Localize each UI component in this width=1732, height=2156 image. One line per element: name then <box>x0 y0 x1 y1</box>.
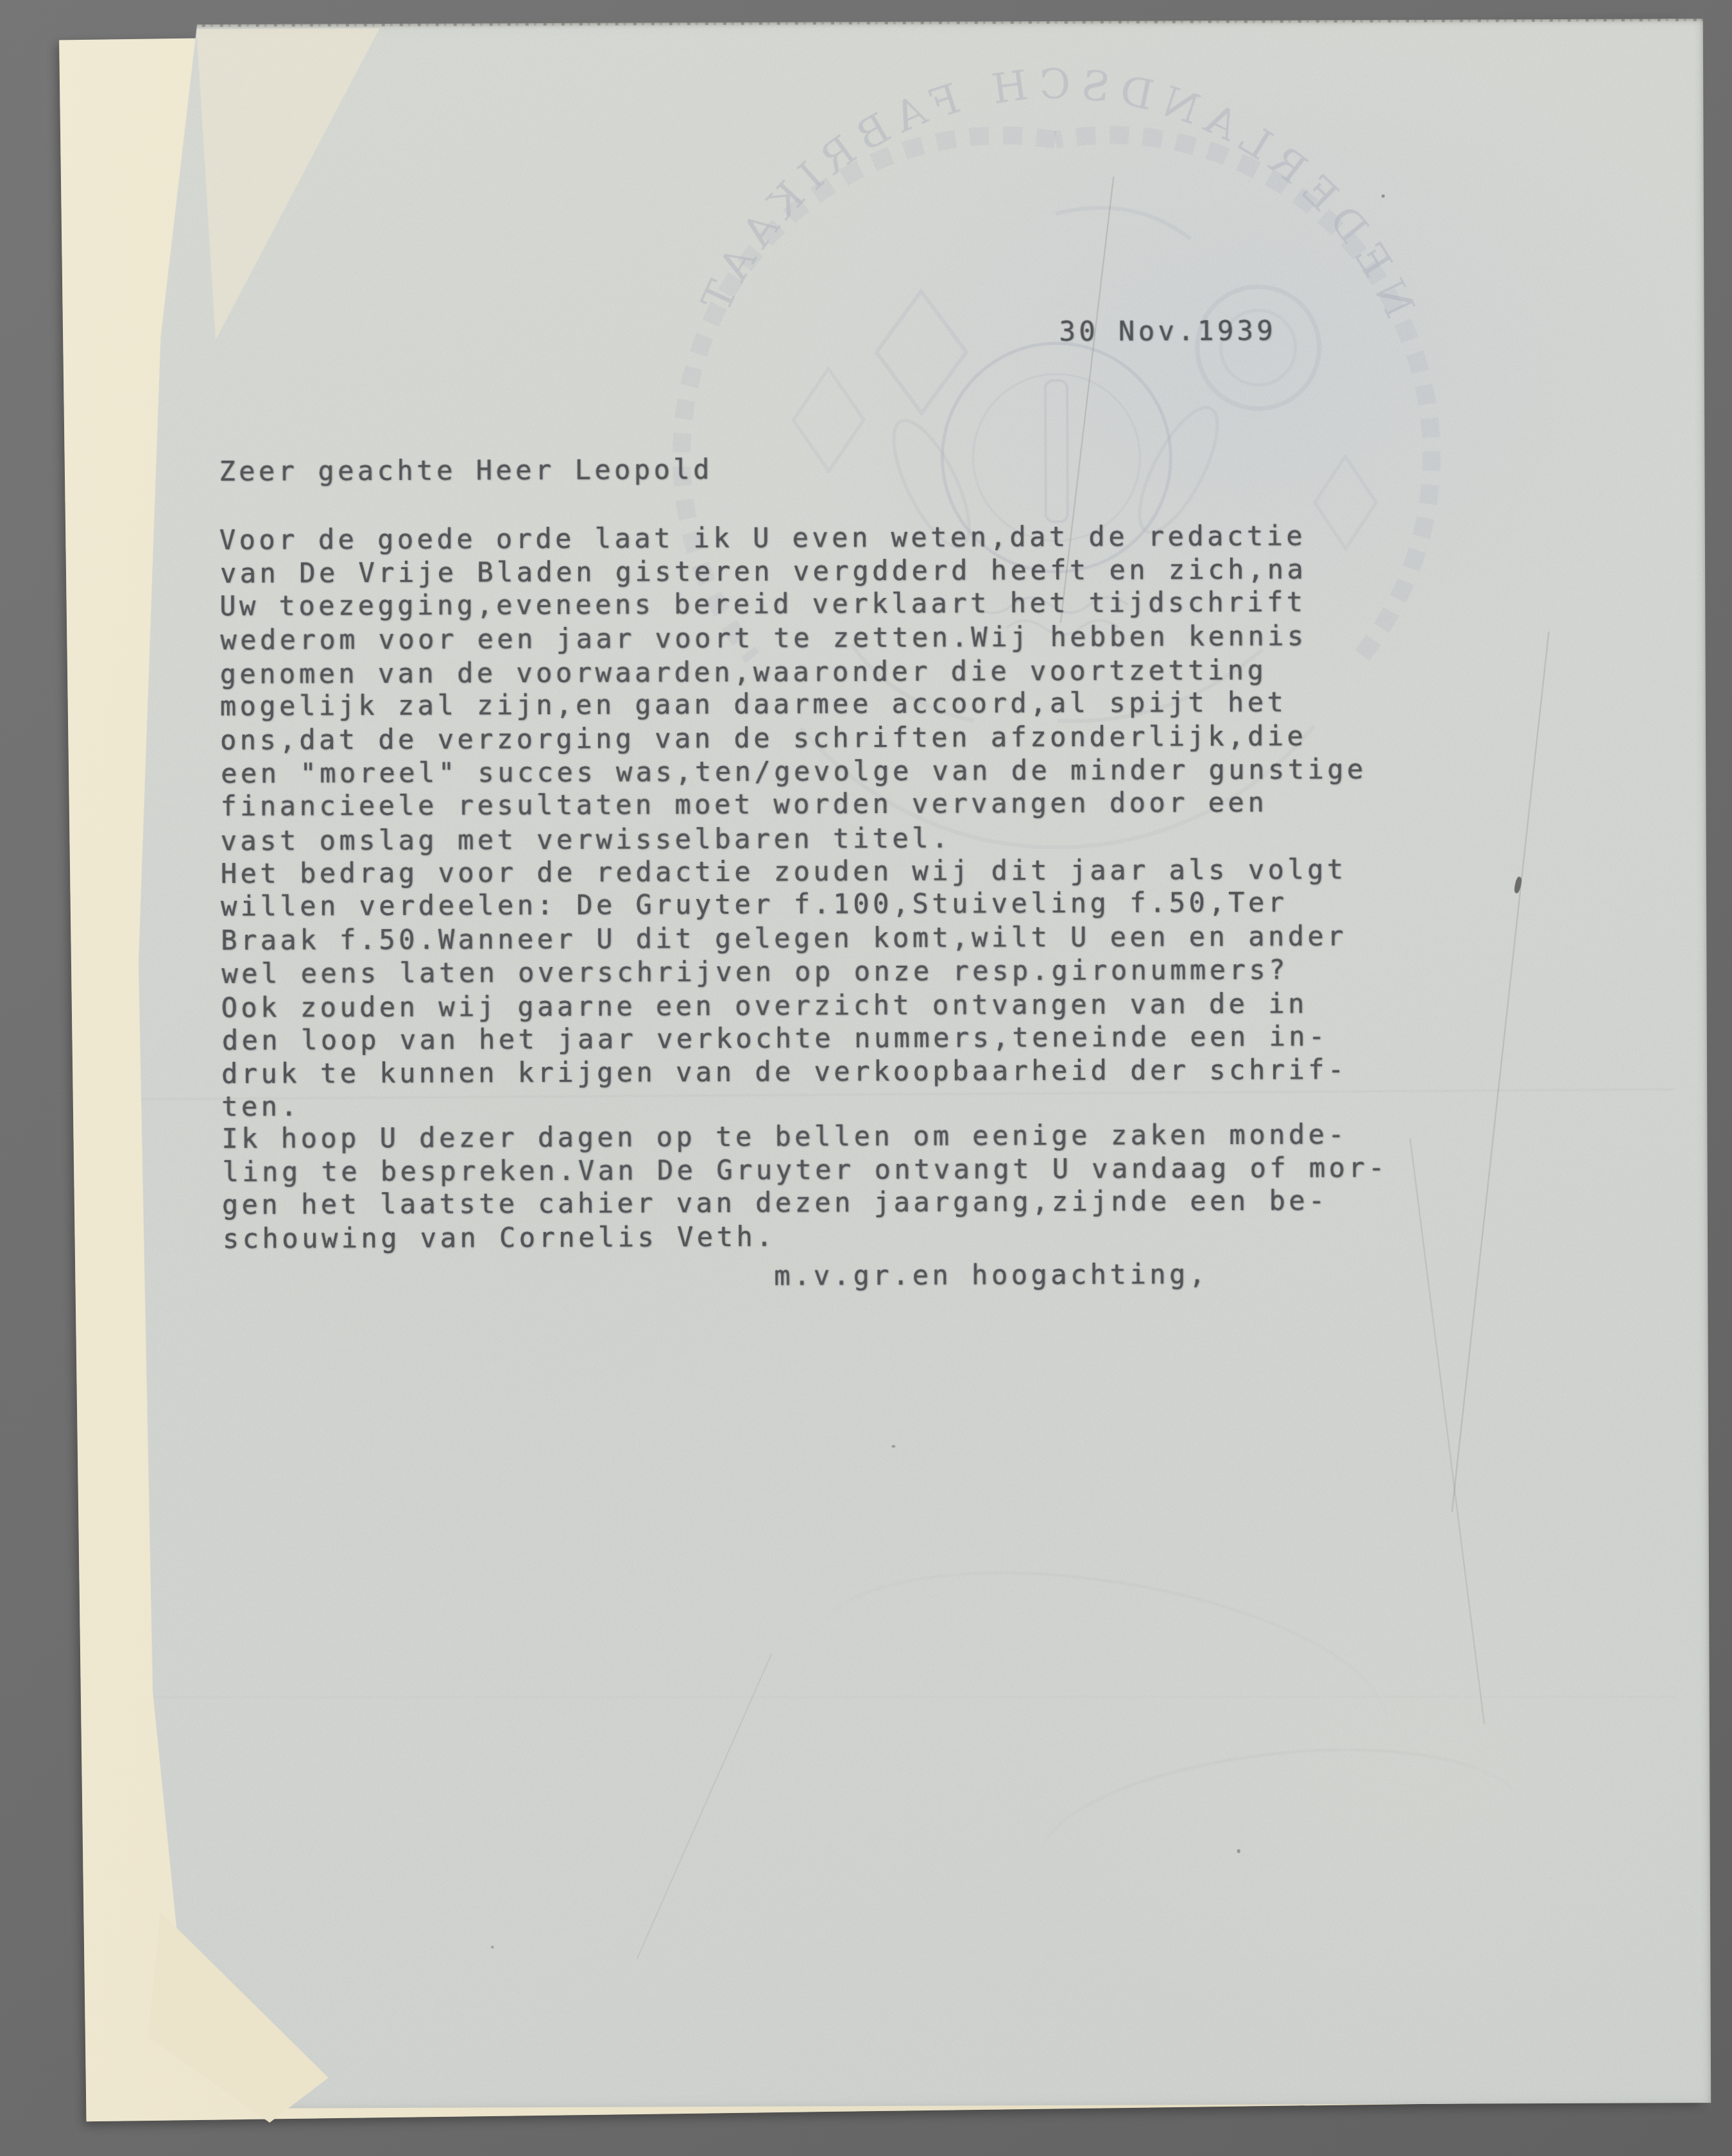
typed-line: Het bedrag voor de redactie zouden wij d… <box>221 853 1367 891</box>
typed-line: willen verdeelen: De Gruyter f.100,Stuiv… <box>221 886 1367 923</box>
letter-salutation: Zeer geachte Heer Leopold <box>219 453 713 488</box>
typed-line: Braak f.50.Wanneer U dit gelegen komt,wi… <box>221 920 1367 957</box>
typed-line: Uw toezegging,eveneens bereid verklaart … <box>219 585 1366 623</box>
svg-text:NEDERLANDSCH FABRIKAAT: NEDERLANDSCH FABRIKAAT <box>688 60 1423 328</box>
typed-line: wederom voor een jaar voort te zetten.Wi… <box>220 619 1366 657</box>
typed-line: Voor de goede orde laat ik U even weten,… <box>219 519 1366 557</box>
ink-speck <box>1382 194 1385 198</box>
scan-background: NEDERLANDSCH FABRIKAAT <box>0 0 1732 2156</box>
typed-line: van De Vrije Bladen gisteren vergdderd h… <box>220 552 1366 590</box>
torn-top-edge <box>166 19 1703 27</box>
scratch-line <box>637 1654 773 1960</box>
letter-body-paragraph-1: Voor de goede orde laat ik U even weten,… <box>219 519 1368 1124</box>
letter-closing: m.v.gr.en hoogachting, <box>774 1258 1208 1293</box>
typed-line: schouwing van Cornelis Veth. <box>223 1218 1389 1256</box>
typed-line: mogelijk zal zijn,en gaan daarmee accoor… <box>220 685 1366 723</box>
typed-line: druk te kunnen krijgen van de verkoopbaa… <box>221 1053 1368 1091</box>
typed-line: financieele resultaten moet worden verva… <box>220 785 1366 823</box>
typed-line: gen het laatste cahier van dezen jaargan… <box>222 1184 1388 1222</box>
typed-line: den loop van het jaar verkochte nummers,… <box>222 1020 1368 1057</box>
stamp-arc-text: NEDERLANDSCH FABRIKAAT <box>688 60 1423 328</box>
ink-speck <box>891 1445 895 1448</box>
typed-line: ling te bespreken.Van De Gruyter ontvang… <box>223 1151 1389 1189</box>
letter-paper: NEDERLANDSCH FABRIKAAT <box>68 19 1711 2109</box>
letter-date: 30 Nov.1939 <box>1059 314 1277 348</box>
typed-line: een "moreel" succes was,ten/gevolge van … <box>221 753 1367 791</box>
torn-corner-overlay <box>189 25 389 340</box>
scratch-line <box>1409 1138 1485 1724</box>
typed-line: vast omslag met verwisselbaren titel. <box>221 820 1367 858</box>
ink-speck <box>491 1946 493 1948</box>
typed-line: wel eens laten overschrijven op onze res… <box>221 953 1368 991</box>
typed-line: Ook zouden wij gaarne een overzicht ontv… <box>221 987 1368 1025</box>
typed-line: ons,dat de verzorging van de schriften a… <box>220 719 1366 757</box>
letter-body-paragraph-2: Ik hoop U dezer dagen op te bellen om ee… <box>221 1118 1387 1256</box>
ink-speck <box>1237 1849 1240 1853</box>
typed-line: Ik hoop U dezer dagen op te bellen om ee… <box>221 1118 1387 1156</box>
